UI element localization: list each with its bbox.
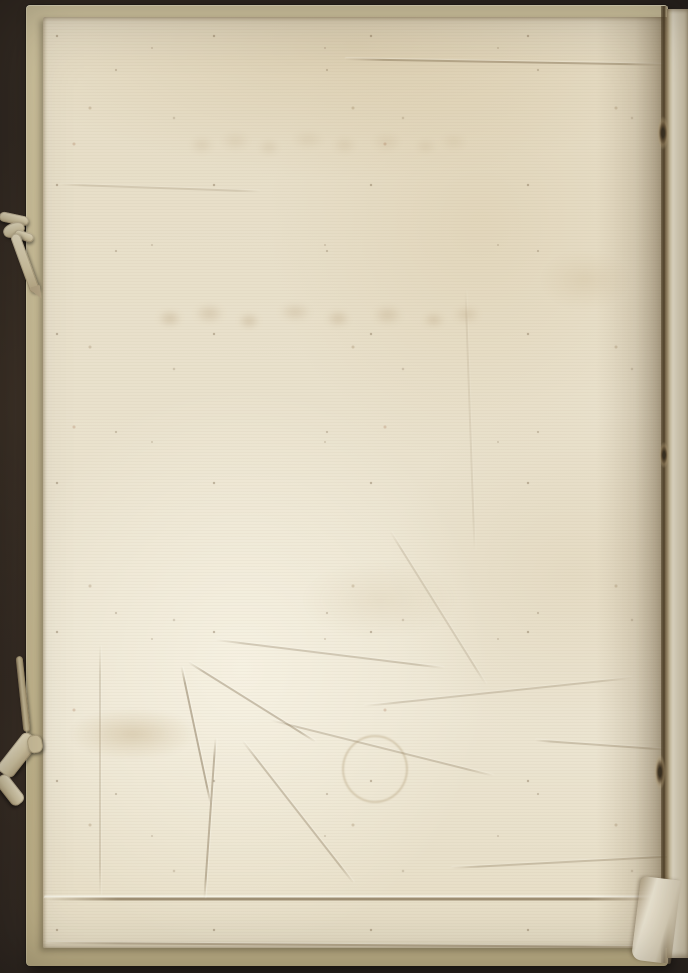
- manuscript-photo: [0, 0, 688, 973]
- blank-leaf: [43, 17, 667, 948]
- next-page-edge: [667, 9, 688, 958]
- tie-ribbon-twist: [0, 772, 26, 808]
